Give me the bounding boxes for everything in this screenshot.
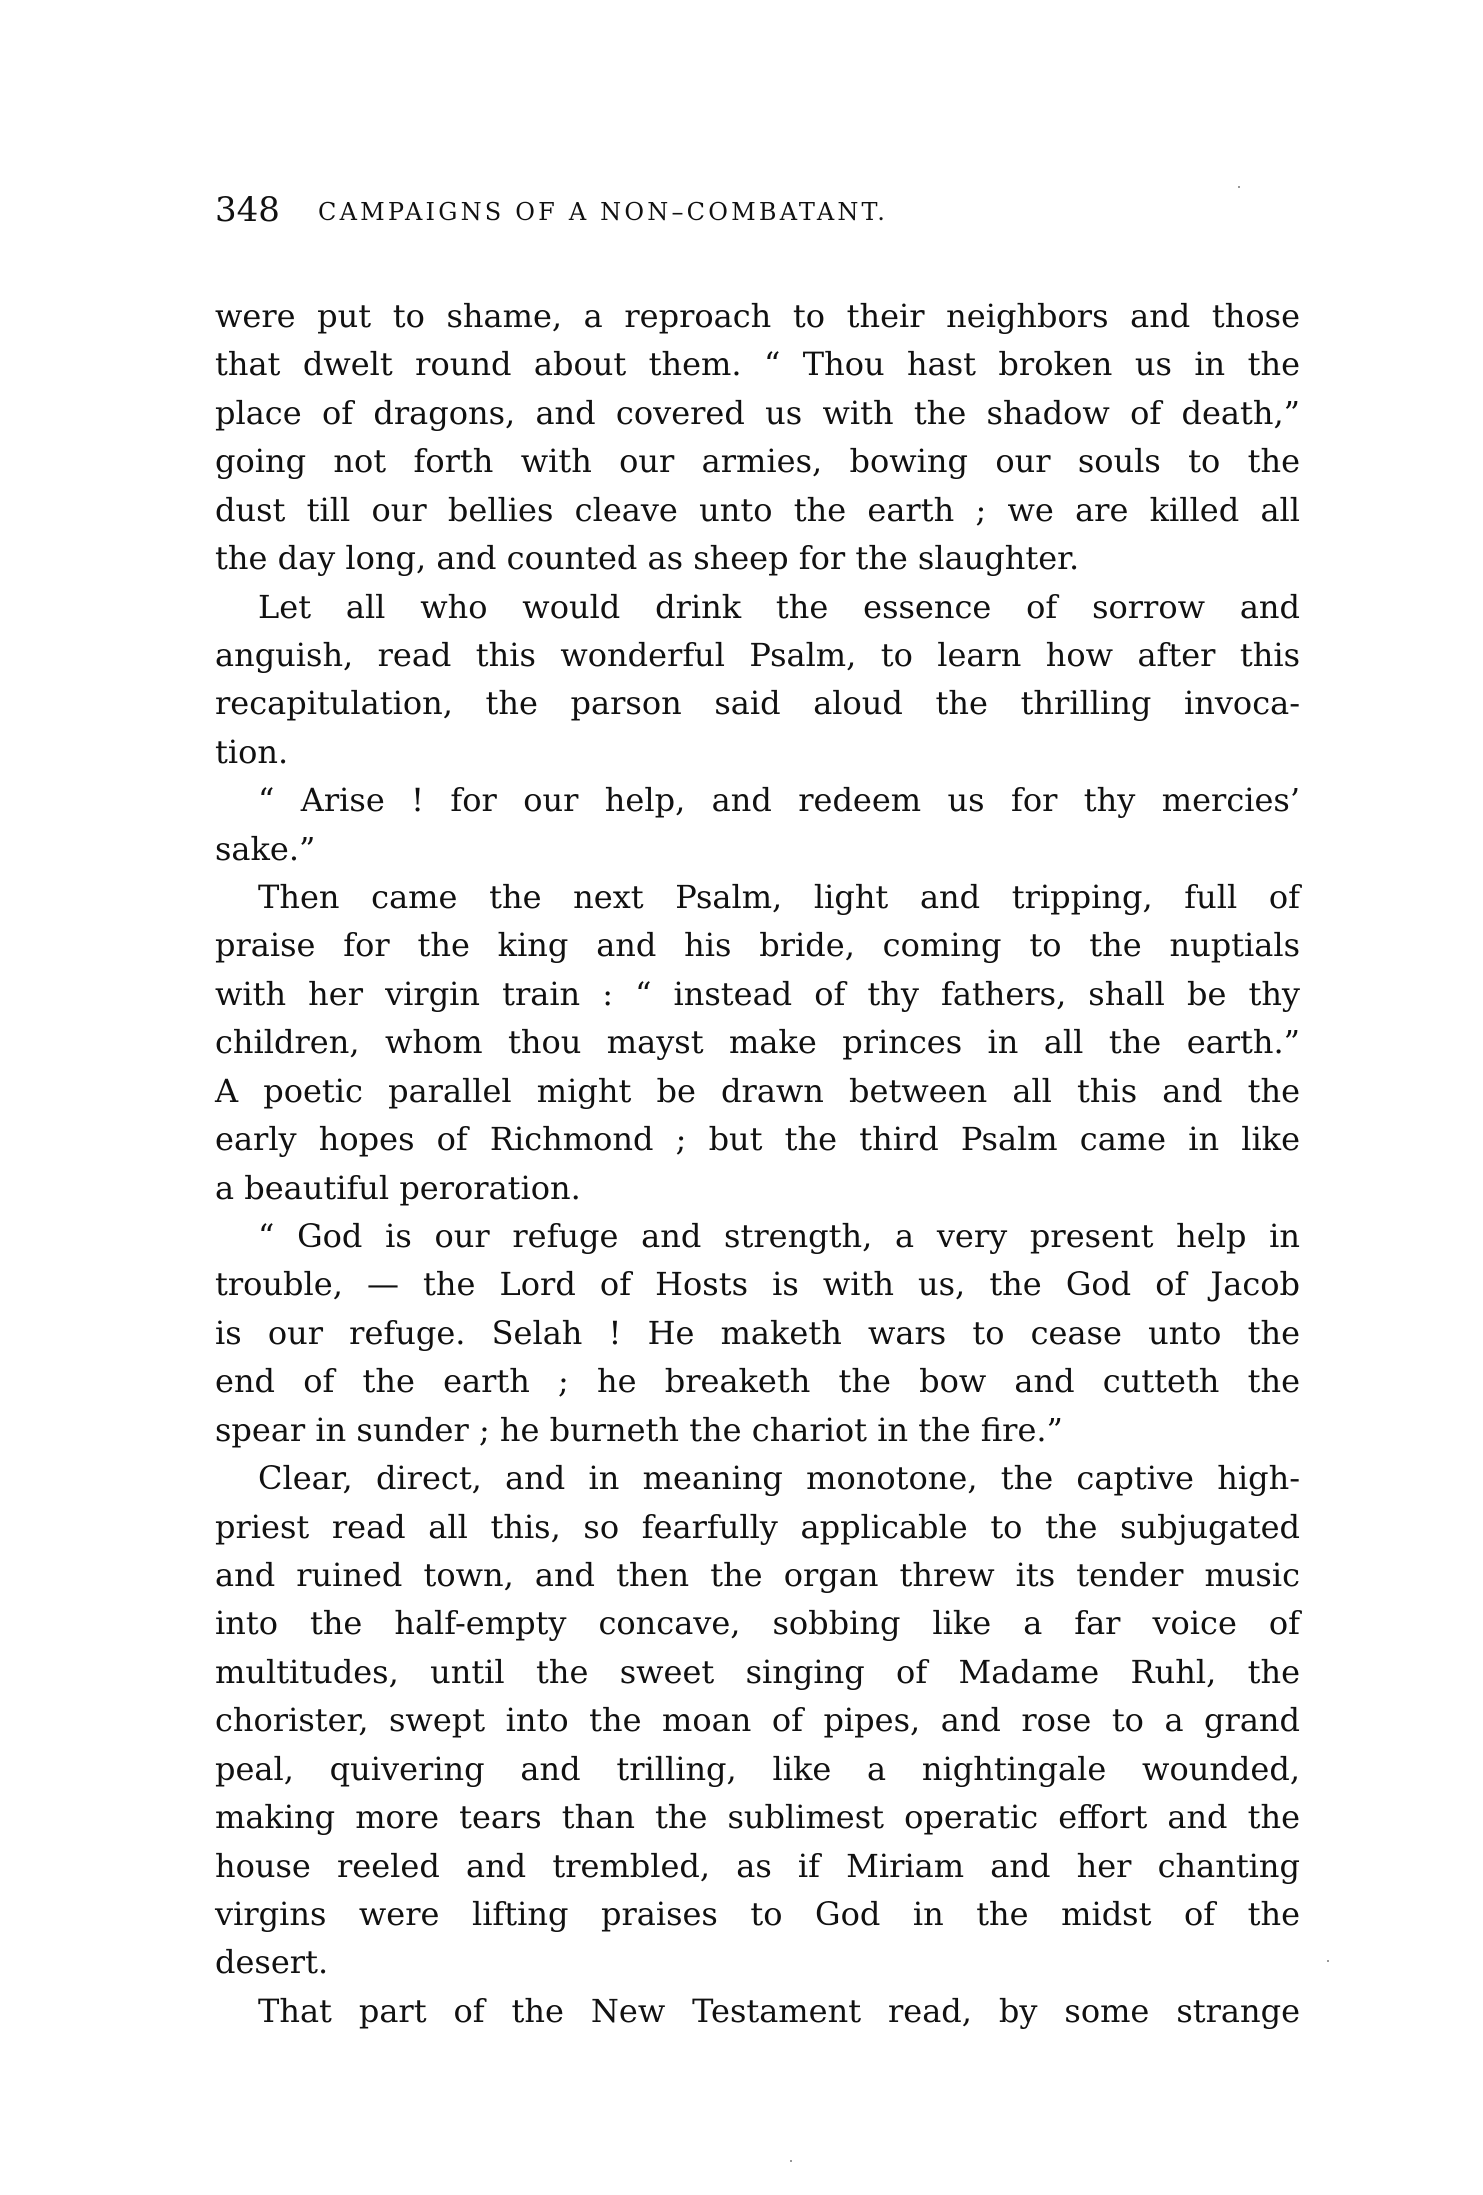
text-line: anguish, read this wonderful Psalm, to l…	[215, 631, 1300, 679]
book-page: 348 CAMPAIGNS OF A NON–COMBATANT. were p…	[0, 0, 1483, 2195]
paragraph: Let all who would drink the essence of s…	[215, 583, 1300, 777]
text-line: end of the earth ; he breaketh the bow a…	[215, 1357, 1300, 1405]
quotation-paragraph: “ God is our refuge and strength, a very…	[215, 1212, 1300, 1454]
page-number: 348	[215, 190, 280, 230]
text-line: priest read all this, so fearfully appli…	[215, 1503, 1300, 1551]
scan-speck	[1327, 1960, 1329, 1962]
text-line: house reeled and trembled, as if Miriam …	[215, 1842, 1300, 1890]
running-head: 348 CAMPAIGNS OF A NON–COMBATANT.	[215, 190, 1300, 230]
paragraph: were put to shame, a reproach to their n…	[215, 292, 1300, 583]
text-line: children, whom thou mayst make princes i…	[215, 1018, 1300, 1066]
text-line: place of dragons, and covered us with th…	[215, 389, 1300, 437]
text-line: making more tears than the sublimest ope…	[215, 1793, 1300, 1841]
text-line: recapitulation, the parson said aloud th…	[215, 679, 1300, 727]
text-line: chorister, swept into the moan of pipes,…	[215, 1696, 1300, 1744]
text-line: a beautiful peroration.	[215, 1164, 1300, 1212]
text-line: praise for the king and his bride, comin…	[215, 921, 1300, 969]
text-line: virgins were lifting praises to God in t…	[215, 1890, 1300, 1938]
body-text: were put to shame, a reproach to their n…	[215, 292, 1300, 2035]
text-line: Let all who would drink the essence of s…	[215, 583, 1300, 631]
text-line: tion.	[215, 728, 1300, 776]
text-line: the day long, and counted as sheep for t…	[215, 534, 1300, 582]
scan-speck	[790, 2160, 792, 2162]
text-line: going not forth with our armies, bowing …	[215, 437, 1300, 485]
text-line: Clear, direct, and in meaning monotone, …	[215, 1454, 1300, 1502]
paragraph: That part of the New Testament read, by …	[215, 1987, 1300, 2035]
text-line: “ Arise ! for our help, and redeem us fo…	[215, 776, 1300, 824]
text-line: is our refuge. Selah ! He maketh wars to…	[215, 1309, 1300, 1357]
text-line: trouble, — the Lord of Hosts is with us,…	[215, 1260, 1300, 1308]
text-line: “ God is our refuge and strength, a very…	[215, 1212, 1300, 1260]
text-line: that dwelt round about them. “ Thou hast…	[215, 340, 1300, 388]
text-line: into the half-empty concave, sobbing lik…	[215, 1599, 1300, 1647]
text-line: with her virgin train : “ instead of thy…	[215, 970, 1300, 1018]
text-line: early hopes of Richmond ; but the third …	[215, 1115, 1300, 1163]
text-line: desert.	[215, 1938, 1300, 1986]
text-line: were put to shame, a reproach to their n…	[215, 292, 1300, 340]
running-title: CAMPAIGNS OF A NON–COMBATANT.	[318, 194, 888, 230]
text-line: That part of the New Testament read, by …	[215, 1987, 1300, 2035]
quotation-paragraph: “ Arise ! for our help, and redeem us fo…	[215, 776, 1300, 873]
scan-speck	[1238, 186, 1240, 188]
text-line: dust till our bellies cleave unto the ea…	[215, 486, 1300, 534]
text-line: sake.”	[215, 825, 1300, 873]
text-line: and ruined town, and then the organ thre…	[215, 1551, 1300, 1599]
text-line: spear in sunder ; he burneth the chariot…	[215, 1406, 1300, 1454]
paragraph: Then came the next Psalm, light and trip…	[215, 873, 1300, 1212]
text-line: multitudes, until the sweet singing of M…	[215, 1648, 1300, 1696]
text-line: peal, quivering and trilling, like a nig…	[215, 1745, 1300, 1793]
text-line: Then came the next Psalm, light and trip…	[215, 873, 1300, 921]
paragraph: Clear, direct, and in meaning monotone, …	[215, 1454, 1300, 1987]
text-line: A poetic parallel might be drawn between…	[215, 1067, 1300, 1115]
